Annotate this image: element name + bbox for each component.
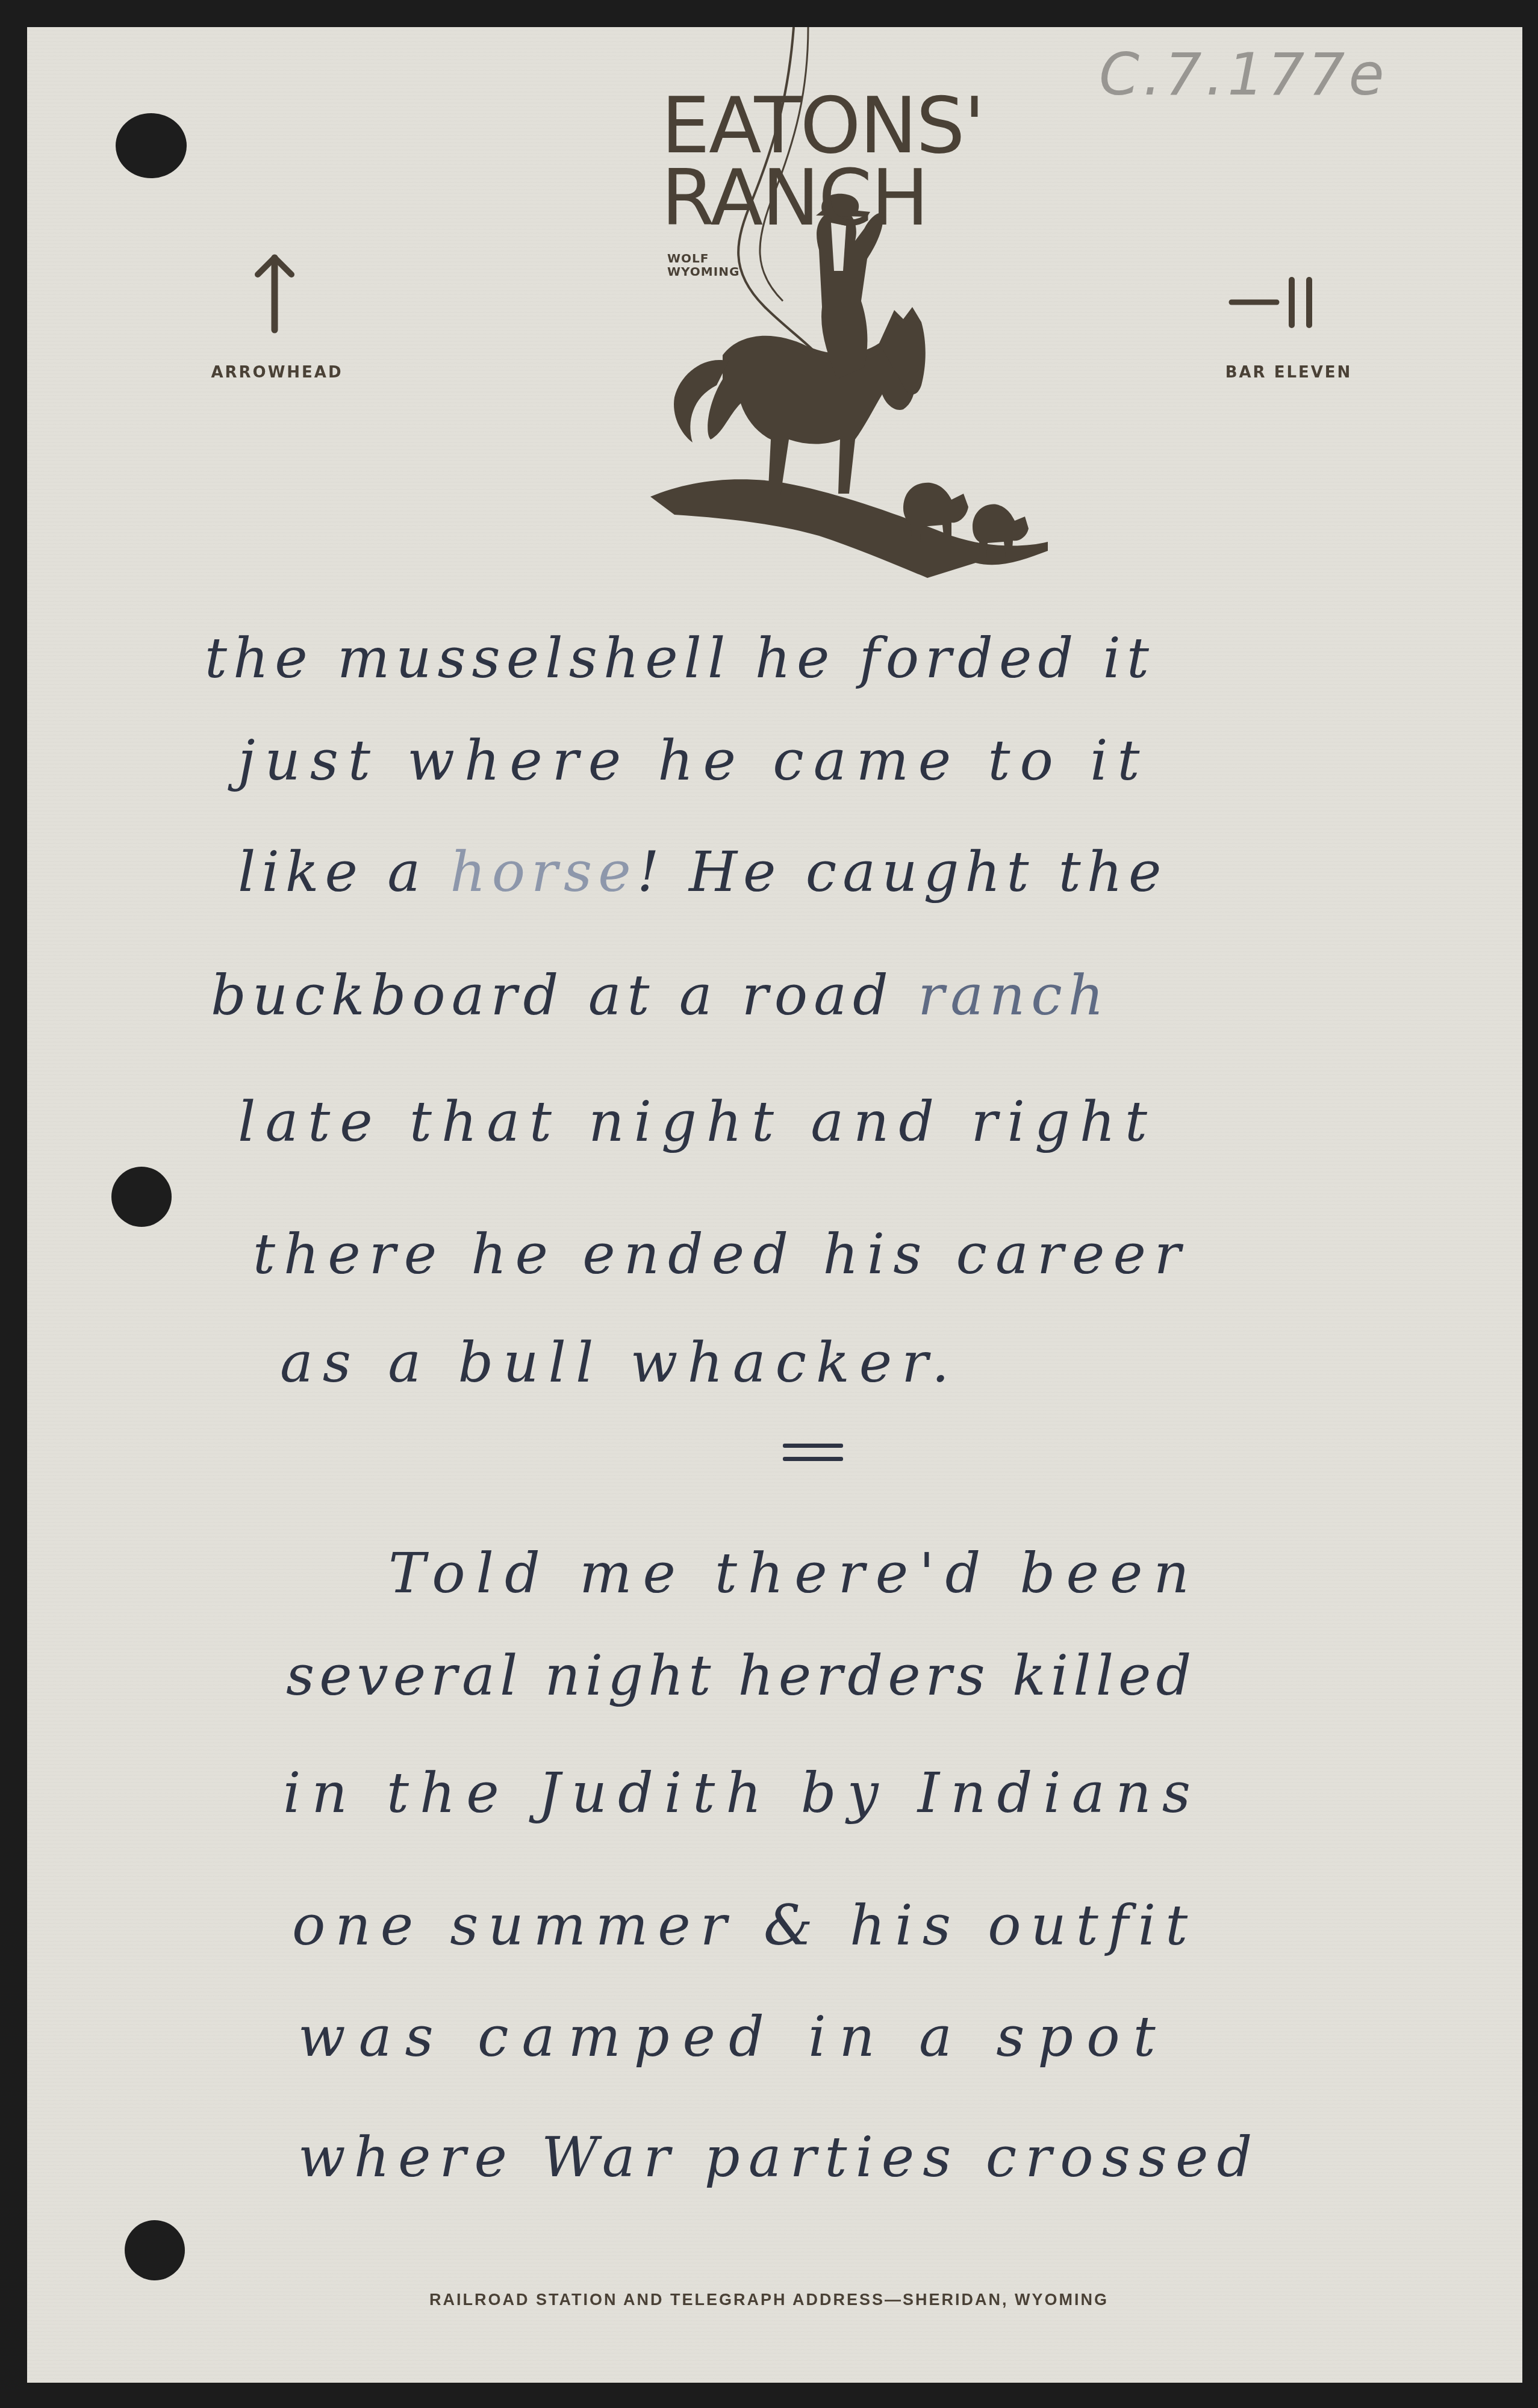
punch-hole-top — [116, 113, 187, 178]
handwriting-line-13: where War parties crossed — [298, 2125, 1260, 2189]
handwriting-line-3-pre: like a — [238, 840, 450, 904]
arrowhead-brand-icon — [253, 253, 296, 334]
handwriting-line-6: there he ended his career — [253, 1222, 1189, 1286]
bar-eleven-brand-icon — [1228, 277, 1319, 328]
handwriting-line-1: the musselshell he forded it — [205, 626, 1155, 690]
handwriting-line-4: buckboard at a road ranch — [211, 963, 1110, 1028]
letterhead-location: WOLF WYOMING — [667, 252, 739, 278]
letterhead-title-ranch: RANCH — [661, 163, 984, 235]
handwriting-line-11: one summer & his outfit — [292, 1893, 1197, 1958]
catalog-number-annotation: C.7.177e — [1099, 41, 1387, 108]
handwriting-line-4-ranch: ranch — [918, 963, 1110, 1028]
letterhead-title-eatons: EATONS' — [661, 90, 984, 163]
section-separator — [783, 1444, 843, 1465]
handwriting-line-8: Told me there'd been — [388, 1541, 1200, 1606]
handwriting-line-7: as a bull whacker. — [280, 1330, 959, 1395]
handwriting-line-5: late that night and right — [238, 1090, 1157, 1154]
punch-hole-bottom — [125, 2220, 185, 2280]
letterhead-title: EATONS' RANCH — [661, 90, 984, 235]
handwriting-line-2: just where he came to it — [238, 728, 1150, 793]
arrowhead-brand-label: ARROWHEAD — [205, 364, 349, 382]
handwriting-line-4-pre: buckboard at a road — [211, 963, 918, 1028]
punch-hole-middle — [111, 1167, 172, 1227]
handwriting-line-12: was camped in a spot — [298, 2005, 1169, 2069]
handwriting-line-3: like a horse! He caught the — [238, 840, 1167, 904]
handwriting-line-3-post: ! He caught the — [637, 840, 1168, 904]
letterhead-location-town: WOLF — [667, 252, 739, 265]
handwriting-line-3-horse: horse — [450, 840, 637, 904]
letterhead-location-state: WYOMING — [667, 265, 739, 278]
handwriting-line-9: several night herders killed — [286, 1643, 1196, 1708]
bar-eleven-brand-label: BAR ELEVEN — [1198, 364, 1379, 382]
handwriting-line-10: in the Judith by Indians — [283, 1761, 1201, 1825]
letterhead-footer-address: RAILROAD STATION AND TELEGRAPH ADDRESS—S… — [0, 2291, 1538, 2309]
